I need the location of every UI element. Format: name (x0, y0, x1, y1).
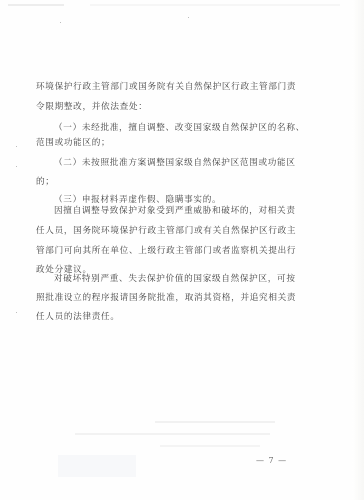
list-item-2: （二）未按照批准方案调整国家级自然保护区范围或功能区 (54, 157, 298, 169)
bleed-through-mark (155, 421, 275, 423)
scan-edge (352, 0, 364, 500)
scan-dot (60, 22, 61, 23)
bleed-through-mark (8, 4, 64, 6)
scan-dot (16, 166, 17, 167)
list-item-2-cont: 的； (36, 176, 298, 188)
page-number: — 7 — (256, 456, 287, 465)
paragraph-2-line-1: 因擅自调整导致保护对象受到严重威胁和破坏的，对相关责 (54, 205, 298, 217)
scan-dot (188, 17, 189, 18)
bleed-through-mark (75, 433, 270, 435)
paragraph-3-line-1: 对破坏特别严重、失去保护价值的国家级自然保护区，可按 (54, 273, 298, 285)
scan-dot (16, 146, 17, 147)
bleed-through-mark (160, 445, 260, 447)
document-page: 环境保护行政主管部门或国务院有关自然保护区行政主管部门责 令限期整改，并依法查处… (0, 0, 364, 500)
paragraph-2-line-3: 管部门可向其所在单位、上级行政主管部门或者监察机关提出行 (36, 245, 298, 257)
scan-dot (16, 312, 17, 313)
paragraph-3-line-2: 照批准设立的程序报请国务院批准，取消其资格，并追究相关责 (36, 292, 298, 304)
list-item-1: （一）未经批准，擅自调整、改变国家级自然保护区的名称、 (54, 122, 298, 134)
list-item-1-cont: 范围或功能区的； (36, 137, 298, 149)
paragraph-2-line-2: 任人员，国务院环境保护行政主管部门或有关自然保护区行政主 (36, 225, 298, 237)
bleed-through-mark (90, 4, 340, 6)
text-line-1: 环境保护行政主管部门或国务院有关自然保护区行政主管部门责 (36, 81, 298, 93)
text-line-2: 令限期整改，并依法查处： (36, 101, 298, 113)
paragraph-3-line-3: 任人员的法律责任。 (36, 311, 298, 323)
faint-stamp-mark (58, 455, 136, 477)
